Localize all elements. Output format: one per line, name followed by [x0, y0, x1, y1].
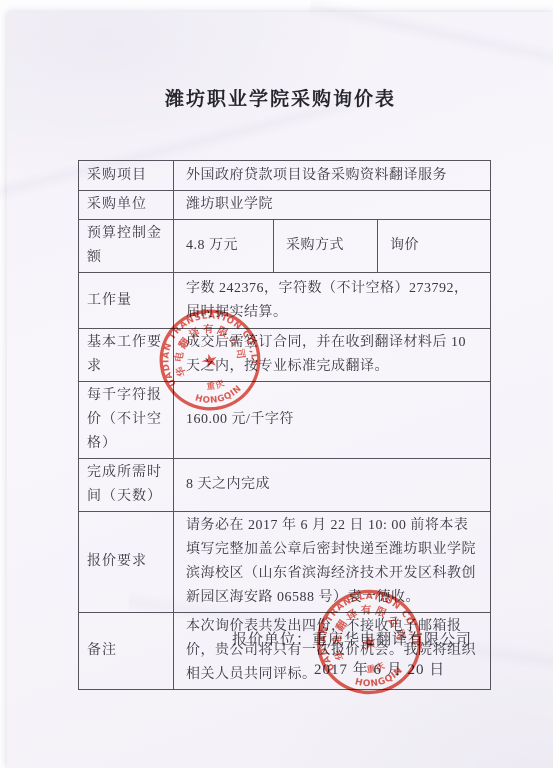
table-row: 每千字符报价（不计空格） 160.00 元/千字符 [79, 382, 491, 459]
page-title: 潍坊职业学院采购询价表 [8, 84, 553, 111]
svg-text:HUADIAN TRANSLATION CO.,LTD: HUADIAN TRANSLATION CO.,LTD [151, 301, 262, 389]
row-value: 潍坊职业学院 [174, 191, 491, 220]
row-value: 4.8 万元 [174, 220, 274, 273]
table-row: 采购单位 潍坊职业学院 [79, 191, 491, 220]
table-row: 采购项目 外国政府贷款项目设备采购资料翻译服务 [79, 161, 491, 191]
svg-text:HUADIAN TRANSLATION CO.,LTD: HUADIAN TRANSLATION CO.,LTD [307, 580, 422, 674]
row-label: 完成所需时间（天数） [79, 459, 174, 512]
procurement-inquiry-table: 采购项目 外国政府贷款项目设备采购资料翻译服务 采购单位 潍坊职业学院 预算控制… [78, 160, 491, 690]
row-value: 询价 [378, 220, 491, 273]
row-label: 备注 [79, 613, 174, 690]
svg-text:重庆: 重庆 [205, 377, 228, 393]
row-value: 8 天之内完成 [174, 459, 491, 512]
stamp-arc-english: HUADIAN TRANSLATION CO.,LTD [307, 580, 422, 674]
row-label: 采购项目 [79, 161, 174, 191]
row-label: 报价要求 [79, 512, 174, 613]
quote-unit-label: 报价单位： [232, 632, 312, 648]
stamp-arc-english: HUADIAN TRANSLATION CO.,LTD [151, 301, 262, 389]
stamp-arc-chinese-bottom: 重庆 [364, 659, 389, 677]
row-value: 外国政府贷款项目设备采购资料翻译服务 [174, 161, 491, 191]
table-row: 预算控制金额 4.8 万元 采购方式 询价 [79, 220, 491, 273]
table-row: 基本工作要求 成交后需签订合同，并在收到翻译材料后 10 天之内，按专业标准完成… [79, 329, 491, 382]
stamp-arc-chinese-bottom: 重庆 [205, 377, 228, 393]
scanned-page: 潍坊职业学院采购询价表 采购项目 外国政府贷款项目设备采购资料翻译服务 采购单位… [0, 0, 553, 768]
table-row: 报价要求 请务必在 2017 年 6 月 22 日 10: 00 前将本表填写完… [79, 512, 491, 613]
svg-text:重庆: 重庆 [364, 659, 389, 677]
row-label: 预算控制金额 [79, 220, 174, 273]
star-icon: ★ [358, 630, 380, 656]
table-row: 完成所需时间（天数） 8 天之内完成 [79, 459, 491, 512]
row-label: 采购方式 [274, 220, 378, 273]
star-icon: ★ [200, 349, 221, 373]
row-label: 采购单位 [79, 191, 174, 220]
